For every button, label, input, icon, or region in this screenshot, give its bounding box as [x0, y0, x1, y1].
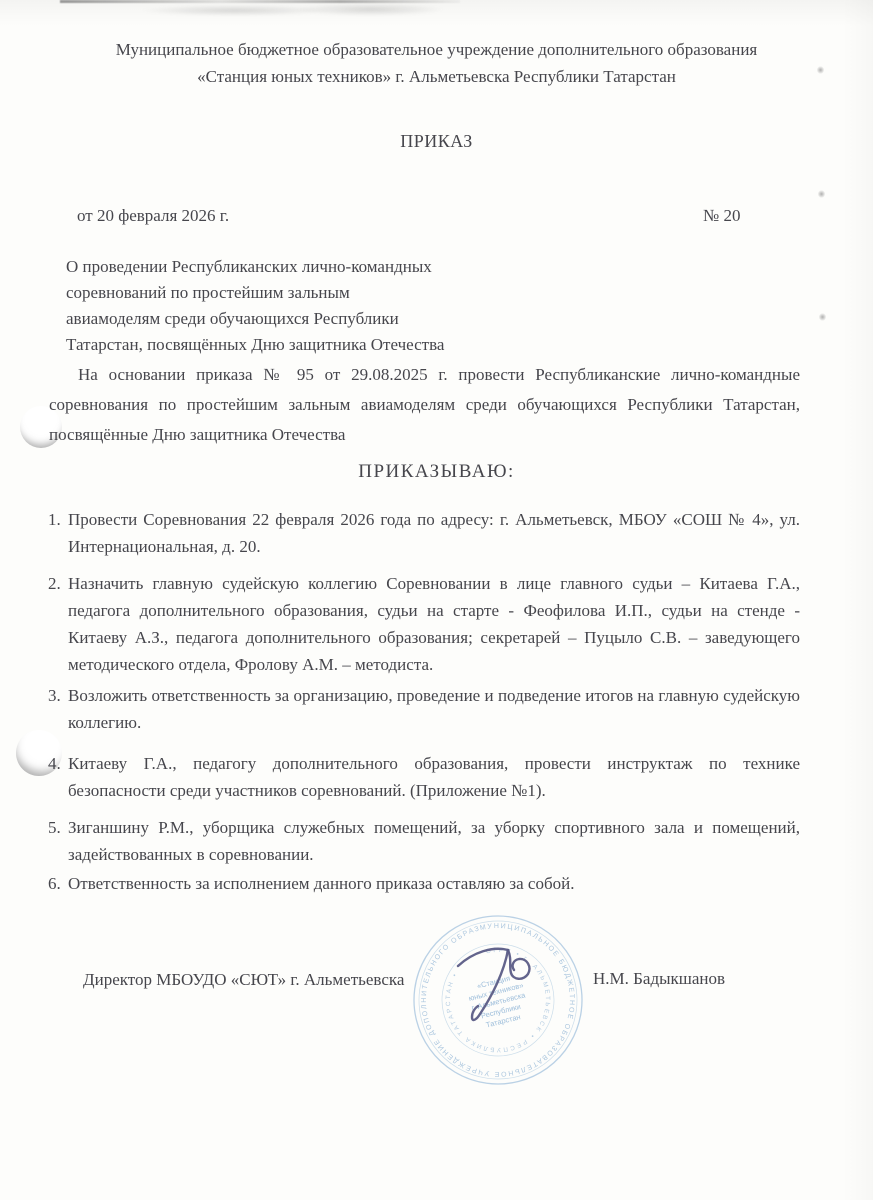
scanned-order-document: Муниципальное бюджетное образовательное …	[0, 0, 873, 1200]
order-item: 1. Провести Соревнования 22 февраля 2026…	[48, 506, 800, 560]
order-item-number: 2.	[48, 570, 68, 678]
scan-speck	[819, 313, 826, 321]
order-item: 6. Ответственность за исполнением данног…	[48, 870, 800, 897]
order-item: 4. Китаеву Г.А., педагогу дополнительног…	[48, 750, 800, 804]
order-item-number: 5.	[48, 814, 68, 868]
org-name-line1: Муниципальное бюджетное образовательное …	[0, 36, 873, 63]
order-item-text: Назначить главную судейскую коллегию Сор…	[68, 570, 800, 678]
order-item-text: Возложить ответственность за организацию…	[68, 682, 800, 736]
order-item-text: Зиганшину Р.М., уборщика служебных помещ…	[68, 814, 800, 868]
letterhead: Муниципальное бюджетное образовательное …	[0, 36, 873, 90]
document-date: от 20 февраля 2026 г.	[77, 206, 229, 226]
order-item-text: Китаеву Г.А., педагогу дополнительного о…	[68, 750, 800, 804]
signature-role: Директор МБОУДО «СЮТ» г. Альметьевска	[83, 970, 404, 990]
document-number: № 20	[703, 206, 740, 226]
signature-name: Н.М. Бадыкшанов	[593, 969, 725, 989]
document-subject: О проведении Республиканских лично-коман…	[66, 254, 444, 358]
scan-speck	[818, 190, 825, 198]
order-item-number: 4.	[48, 750, 68, 804]
org-name-line2: «Станция юных техников» г. Альметьевска …	[0, 63, 873, 90]
order-item-text: Ответственность за исполнением данного п…	[68, 870, 800, 897]
subject-line: Татарстан, посвящённых Дню защитника Оте…	[66, 332, 444, 358]
order-item: 5. Зиганшину Р.М., уборщика служебных по…	[48, 814, 800, 868]
subject-line: авиамоделям среди обучающихся Республики	[66, 306, 444, 332]
order-heading: ПРИКАЗЫВАЮ:	[0, 461, 873, 483]
official-stamp: МУНИЦИПАЛЬНОЕ БЮДЖЕТНОЕ ОБРАЗОВАТЕЛЬНОЕ …	[398, 898, 598, 1098]
subject-line: О проведении Республиканских лично-коман…	[66, 254, 444, 280]
order-item-number: 3.	[48, 682, 68, 736]
document-title: ПРИКАЗ	[0, 131, 873, 152]
subject-line: соревнований по простейшим зальным	[66, 280, 444, 306]
scan-smudge	[295, 3, 445, 16]
order-item-text: Провести Соревнования 22 февраля 2026 го…	[68, 506, 800, 560]
preamble-paragraph: На основании приказа № 95 от 29.08.2025 …	[49, 360, 800, 450]
stamp-seal: МУНИЦИПАЛЬНОЕ БЮДЖЕТНОЕ ОБРАЗОВАТЕЛЬНОЕ …	[398, 898, 598, 1098]
order-item: 2. Назначить главную судейскую коллегию …	[48, 570, 800, 678]
order-item-number: 1.	[48, 506, 68, 560]
order-item: 3. Возложить ответственность за организа…	[48, 682, 800, 736]
order-item-number: 6.	[48, 870, 68, 897]
